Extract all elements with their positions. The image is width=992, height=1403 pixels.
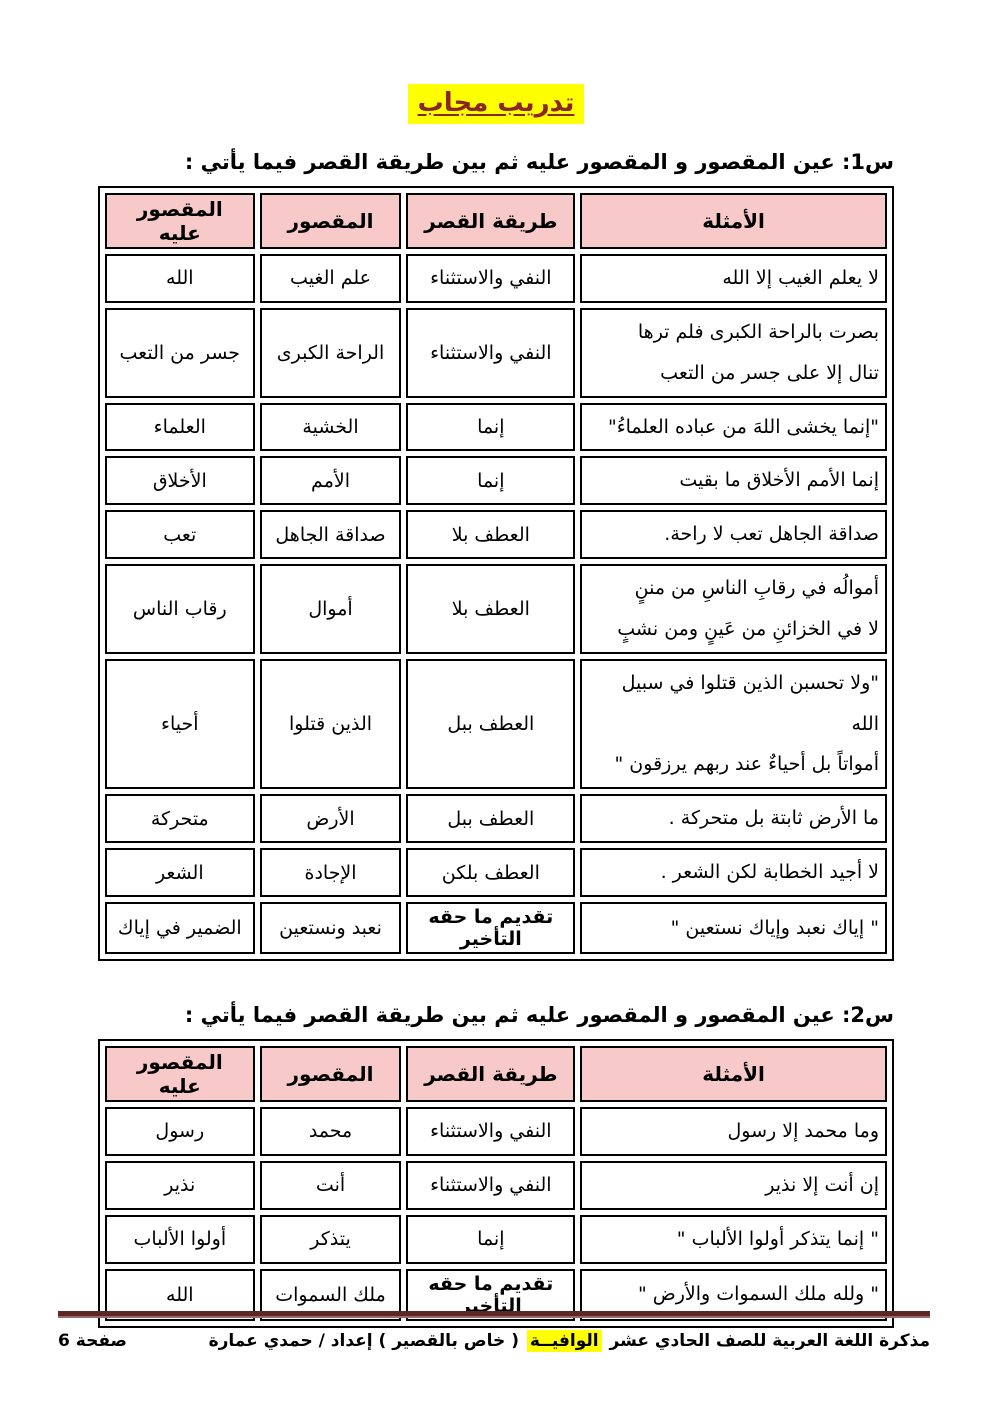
method-cell: العطف ببل	[406, 794, 575, 843]
method-cell: إنما	[406, 403, 575, 452]
method-cell: النفي والاستثناء	[406, 254, 575, 303]
example-cell: ما الأرض ثابتة بل متحركة .	[580, 794, 887, 843]
example-cell: لا يعلم الغيب إلا الله	[580, 254, 887, 303]
maqsur-alayh-cell: رسول	[105, 1107, 255, 1156]
method-cell: العطف بلا	[406, 510, 575, 559]
maqsur-alayh-cell: جسر من التعب	[105, 308, 255, 398]
table-header-row: الأمثلة طريقة القصر المقصور المقصور عليه	[105, 1046, 887, 1102]
maqsur-alayh-cell: العلماء	[105, 403, 255, 452]
page-content: تدريب مجاب س1: عين المقصور و المقصور علي…	[98, 0, 894, 1328]
table-row: إنما الأمم الأخلاق ما بقيت إنما الأمم ال…	[105, 456, 887, 505]
example-cell: إنما الأمم الأخلاق ما بقيت	[580, 456, 887, 505]
question-2-heading: س2: عين المقصور و المقصور عليه ثم بين طر…	[98, 1003, 894, 1027]
maqsur-cell: أنت	[260, 1161, 402, 1210]
maqsur-alayh-cell: الله	[105, 254, 255, 303]
footer-booklet-info: مذكرة اللغة العربية للصف الحادي عشر الوا…	[209, 1330, 930, 1352]
table-row: بصرت بالراحة الكبرى فلم ترها تنال إلا عل…	[105, 308, 887, 398]
maqsur-alayh-cell: أولوا الألباب	[105, 1215, 255, 1264]
title-wrap: تدريب مجاب	[98, 84, 894, 124]
example-cell: " إنما يتذكر أولوا الألباب "	[580, 1215, 887, 1264]
maqsur-cell: الأمم	[260, 456, 402, 505]
method-cell: العطف بلا	[406, 564, 575, 654]
example-cell: وما محمد إلا رسول	[580, 1107, 887, 1156]
table-row: "إنما يخشى اللهَ من عباده العلماءُ" إنما…	[105, 403, 887, 452]
maqsur-cell: نعبد ونستعين	[260, 902, 402, 954]
table-row: وما محمد إلا رسول النفي والاستثناء محمد …	[105, 1107, 887, 1156]
table-row: أموالُه في رقابِ الناسِ من مننٍ لا في ال…	[105, 564, 887, 654]
maqsur-alayh-cell: تعب	[105, 510, 255, 559]
maqsur-alayh-cell: نذير	[105, 1161, 255, 1210]
method-cell: العطف ببل	[406, 659, 575, 790]
exercise-table-1: الأمثلة طريقة القصر المقصور المقصور عليه…	[98, 186, 894, 961]
question-1-heading: س1: عين المقصور و المقصور عليه ثم بين طر…	[98, 150, 894, 174]
header-examples: الأمثلة	[580, 193, 887, 249]
maqsur-alayh-cell: الأخلاق	[105, 456, 255, 505]
maqsur-cell: الخشية	[260, 403, 402, 452]
table-row: لا أجيد الخطابة لكن الشعر . العطف بلكن ا…	[105, 848, 887, 897]
maqsur-cell: صداقة الجاهل	[260, 510, 402, 559]
maqsur-alayh-cell: رقاب الناس	[105, 564, 255, 654]
table-row: لا يعلم الغيب إلا الله النفي والاستثناء …	[105, 254, 887, 303]
method-cell: النفي والاستثناء	[406, 1107, 575, 1156]
header-maqsur: المقصور	[260, 193, 402, 249]
footer-text-before: مذكرة اللغة العربية للصف الحادي عشر	[610, 1331, 930, 1351]
method-cell: العطف بلكن	[406, 848, 575, 897]
header-method: طريقة القصر	[406, 193, 575, 249]
example-cell: إن أنت إلا نذير	[580, 1161, 887, 1210]
header-maqsur: المقصور	[260, 1046, 402, 1102]
page-footer: مذكرة اللغة العربية للصف الحادي عشر الوا…	[58, 1311, 930, 1352]
footer-divider	[58, 1311, 930, 1318]
maqsur-alayh-cell: أحياء	[105, 659, 255, 790]
table-row: "ولا تحسبن الذين قتلوا في سبيل الله أموا…	[105, 659, 887, 790]
example-cell: صداقة الجاهل تعب لا راحة.	[580, 510, 887, 559]
exercise-table-2: الأمثلة طريقة القصر المقصور المقصور عليه…	[98, 1039, 894, 1328]
example-cell: لا أجيد الخطابة لكن الشعر .	[580, 848, 887, 897]
maqsur-cell: الذين قتلوا	[260, 659, 402, 790]
example-cell: " إياك نعبد وإياك نستعين "	[580, 902, 887, 954]
method-cell: النفي والاستثناء	[406, 1161, 575, 1210]
table-row: إن أنت إلا نذير النفي والاستثناء أنت نذي…	[105, 1161, 887, 1210]
header-maqsur-alayh: المقصور عليه	[105, 193, 255, 249]
page-number: صفحة 6	[58, 1331, 127, 1351]
method-cell: النفي والاستثناء	[406, 308, 575, 398]
table-row: " إنما يتذكر أولوا الألباب " إنما يتذكر …	[105, 1215, 887, 1264]
example-cell: "ولا تحسبن الذين قتلوا في سبيل الله أموا…	[580, 659, 887, 790]
example-cell: أموالُه في رقابِ الناسِ من مننٍ لا في ال…	[580, 564, 887, 654]
table-row: " إياك نعبد وإياك نستعين " تقديم ما حقه …	[105, 902, 887, 954]
maqsur-cell: الراحة الكبرى	[260, 308, 402, 398]
maqsur-alayh-cell: متحركة	[105, 794, 255, 843]
maqsur-cell: الإجادة	[260, 848, 402, 897]
maqsur-alayh-cell: الشعر	[105, 848, 255, 897]
maqsur-alayh-cell: الضمير في إياك	[105, 902, 255, 954]
maqsur-cell: أموال	[260, 564, 402, 654]
footer-text-after: ( خاص بالقصير ) إعداد / حمدي عمارة	[209, 1331, 519, 1351]
header-maqsur-alayh: المقصور عليه	[105, 1046, 255, 1102]
footer-highlighted-word: الوافيــة	[527, 1330, 602, 1352]
maqsur-cell: علم الغيب	[260, 254, 402, 303]
footer-text-row: مذكرة اللغة العربية للصف الحادي عشر الوا…	[58, 1330, 930, 1352]
maqsur-cell: يتذكر	[260, 1215, 402, 1264]
document-page: { "page": { "title": "تدريب مجاب", "q1_h…	[0, 0, 992, 1403]
method-cell: إنما	[406, 456, 575, 505]
maqsur-cell: الأرض	[260, 794, 402, 843]
example-cell: بصرت بالراحة الكبرى فلم ترها تنال إلا عل…	[580, 308, 887, 398]
example-cell: "إنما يخشى اللهَ من عباده العلماءُ"	[580, 403, 887, 452]
table-row: ما الأرض ثابتة بل متحركة . العطف ببل الأ…	[105, 794, 887, 843]
header-examples: الأمثلة	[580, 1046, 887, 1102]
method-cell: إنما	[406, 1215, 575, 1264]
table-row: صداقة الجاهل تعب لا راحة. العطف بلا صداق…	[105, 510, 887, 559]
maqsur-cell: محمد	[260, 1107, 402, 1156]
method-cell: تقديم ما حقه التأخير	[406, 902, 575, 954]
page-title: تدريب مجاب	[408, 84, 585, 124]
header-method: طريقة القصر	[406, 1046, 575, 1102]
table-header-row: الأمثلة طريقة القصر المقصور المقصور عليه	[105, 193, 887, 249]
